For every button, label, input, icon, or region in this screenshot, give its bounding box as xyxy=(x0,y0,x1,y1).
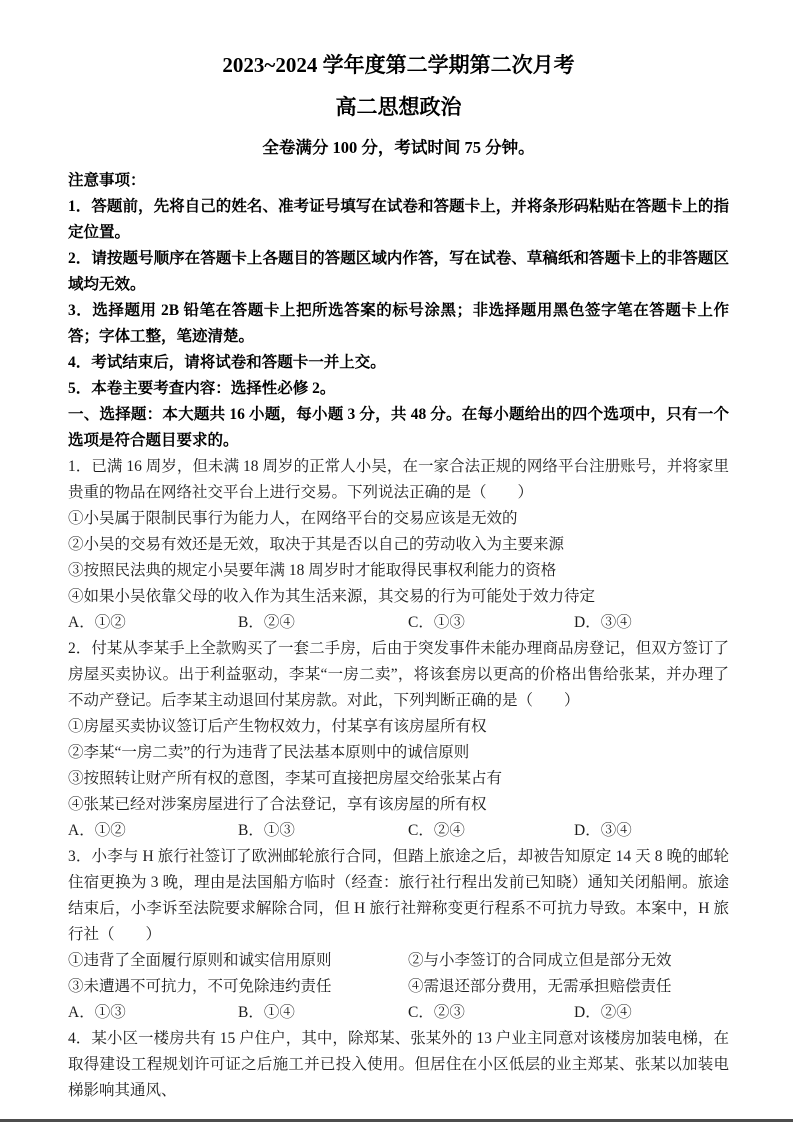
question-4-stem: 4．某小区一楼房共有 15 户住户，其中，除郑某、张某外的 13 户业主同意对该… xyxy=(68,1026,729,1104)
question-2-choice-2: ②李某“一房二卖”的行为违背了民法基本原则中的诚信原则 xyxy=(68,740,729,766)
question-1-option-c: C．①③ xyxy=(408,610,574,636)
note-item-2: 2．请按题号顺序在答题卡上各题目的答题区域内作答，写在试卷、草稿纸和答题卡上的非… xyxy=(68,246,729,298)
question-1-option-d: D．③④ xyxy=(574,610,729,636)
question-3-choice-3: ③未遭遇不可抗力，不可免除违约责任 xyxy=(68,974,408,1000)
question-2-choice-3: ③按照转让财产所有权的意图，李某可直接把房屋交给张某占有 xyxy=(68,766,729,792)
question-2-option-d: D．③④ xyxy=(574,818,729,844)
question-2: 2．付某从李某手上全款购买了一套二手房，后由于突发事件未能办理商品房登记，但双方… xyxy=(68,636,729,844)
question-2-options-row: A．①② B．①③ C．②④ D．③④ xyxy=(68,818,729,844)
note-item-3: 3．选择题用 2B 铅笔在答题卡上把所选答案的标号涂黑；非选择题用黑色签字笔在答… xyxy=(68,298,729,350)
question-2-stem: 2．付某从李某手上全款购买了一套二手房，后由于突发事件未能办理商品房登记，但双方… xyxy=(68,636,729,714)
question-1-choice-4: ④如果小吴依靠父母的收入作为其生活来源，其交易的行为可能处于效力待定 xyxy=(68,584,729,610)
question-1: 1．已满 16 周岁，但未满 18 周岁的正常人小吴，在一家合法正规的网络平台注… xyxy=(68,454,729,636)
note-item-1: 1．答题前，先将自己的姓名、准考证号填写在试卷和答题卡上，并将条形码粘贴在答题卡… xyxy=(68,194,729,246)
question-3-option-a: A．①③ xyxy=(68,1000,238,1026)
question-2-option-b: B．①③ xyxy=(238,818,408,844)
question-1-option-b: B．②④ xyxy=(238,610,408,636)
exam-title: 2023~2024 学年度第二学期第二次月考 xyxy=(68,50,729,80)
question-1-stem: 1．已满 16 周岁，但未满 18 周岁的正常人小吴，在一家合法正规的网络平台注… xyxy=(68,454,729,506)
exam-paper-page: 2023~2024 学年度第二学期第二次月考 高二思想政治 全卷满分 100 分… xyxy=(0,0,793,1104)
exam-subject: 高二思想政治 xyxy=(68,92,729,122)
section-header-choice-questions: 一、选择题：本大题共 16 小题，每小题 3 分，共 48 分。在每小题给出的四… xyxy=(68,402,729,454)
exam-info-line: 全卷满分 100 分，考试时间 75 分钟。 xyxy=(68,136,729,160)
question-3-choices: ①违背了全面履行原则和诚实信用原则 ②与小李签订的合同成立但是部分无效 ③未遭遇… xyxy=(68,948,729,1000)
notes-list: 1．答题前，先将自己的姓名、准考证号填写在试卷和答题卡上，并将条形码粘贴在答题卡… xyxy=(68,194,729,402)
question-3-option-c: C．②③ xyxy=(408,1000,574,1026)
question-3: 3．小李与 H 旅行社签订了欧洲邮轮旅行合同，但踏上旅途之后，却被告知原定 14… xyxy=(68,844,729,1026)
question-4: 4．某小区一楼房共有 15 户住户，其中，除郑某、张某外的 13 户业主同意对该… xyxy=(68,1026,729,1104)
question-3-options-row: A．①③ B．①④ C．②③ D．②④ xyxy=(68,1000,729,1026)
question-1-choice-3: ③按照民法典的规定小吴要年满 18 周岁时才能取得民事权利能力的资格 xyxy=(68,558,729,584)
question-1-choice-1: ①小吴属于限制民事行为能力人，在网络平台的交易应该是无效的 xyxy=(68,506,729,532)
question-3-choice-1: ①违背了全面履行原则和诚实信用原则 xyxy=(68,948,408,974)
question-3-choice-4: ④需退还部分费用，无需承担赔偿责任 xyxy=(408,974,729,1000)
notes-header: 注意事项： xyxy=(68,168,729,194)
question-1-options-row: A．①② B．②④ C．①③ D．③④ xyxy=(68,610,729,636)
note-item-4: 4．考试结束后，请将试卷和答题卡一并上交。 xyxy=(68,350,729,376)
question-2-choice-4: ④张某已经对涉案房屋进行了合法登记，享有该房屋的所有权 xyxy=(68,792,729,818)
question-2-option-c: C．②④ xyxy=(408,818,574,844)
question-1-option-a: A．①② xyxy=(68,610,238,636)
question-2-option-a: A．①② xyxy=(68,818,238,844)
note-item-5: 5．本卷主要考查内容：选择性必修 2。 xyxy=(68,376,729,402)
question-3-choice-2: ②与小李签订的合同成立但是部分无效 xyxy=(408,948,729,974)
question-3-option-d: D．②④ xyxy=(574,1000,729,1026)
question-3-option-b: B．①④ xyxy=(238,1000,408,1026)
question-2-choice-1: ①房屋买卖协议签订后产生物权效力，付某享有该房屋所有权 xyxy=(68,714,729,740)
question-1-choice-2: ②小吴的交易有效还是无效，取决于其是否以自己的劳动收入为主要来源 xyxy=(68,532,729,558)
question-3-stem: 3．小李与 H 旅行社签订了欧洲邮轮旅行合同，但踏上旅途之后，却被告知原定 14… xyxy=(68,844,729,948)
